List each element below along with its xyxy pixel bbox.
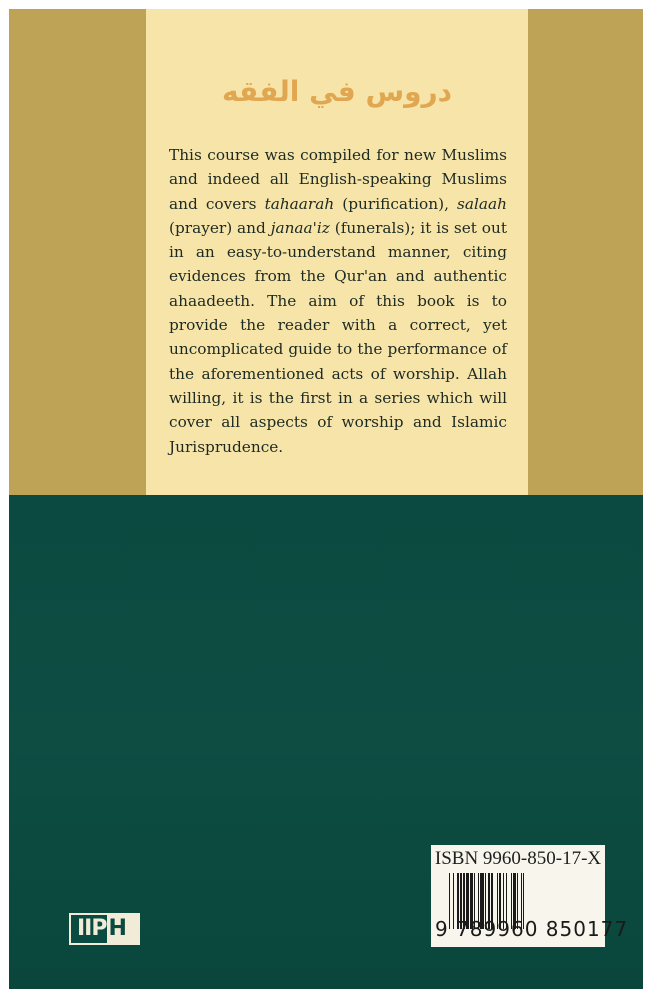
blurb-line: uncomplicated guide to the performance o… <box>169 337 507 361</box>
isbn-barcode: ISBN 9960-850-17-X 9 789960 850177 <box>431 845 605 947</box>
isbn-label: ISBN 9960-850-17-X <box>431 848 605 870</box>
blurb-line: ahaadeeth. The aim of this book is to <box>169 289 507 313</box>
blurb-line: This course was compiled for new Muslims <box>169 143 507 167</box>
blurb-line: Jurisprudence. <box>169 435 507 459</box>
blurb-line: willing, it is the first in a series whi… <box>169 386 507 410</box>
logo-left: IIP <box>71 915 107 943</box>
blurb-line: cover all aspects of worship and Islamic <box>169 410 507 434</box>
blurb-line: evidences from the Qur'an and authentic <box>169 264 507 288</box>
arabic-title: دروس في الفقه <box>146 75 528 108</box>
blurb-line: the aforementioned acts of worship. Alla… <box>169 362 507 386</box>
blurb-line: and covers tahaarah (purification), sala… <box>169 192 507 216</box>
blurb-line: in an easy-to-understand manner, citing <box>169 240 507 264</box>
blurb-line: (prayer) and janaa'iz (funerals); it is … <box>169 216 507 240</box>
gold-band: دروس في الفقه This course was compiled f… <box>9 9 643 495</box>
iiph-publisher-logo: IIP H <box>69 913 140 945</box>
barcode-digits: 9 789960 850177 <box>435 917 628 941</box>
blurb-line: provide the reader with a correct, yet <box>169 313 507 337</box>
blurb-text: This course was compiled for new Muslims… <box>169 143 507 459</box>
blurb-line: and indeed all English-speaking Muslims <box>169 167 507 191</box>
blurb-panel: دروس في الفقه This course was compiled f… <box>146 9 528 495</box>
logo-right: H <box>107 915 139 943</box>
book-back-cover: دروس في الفقه This course was compiled f… <box>9 9 643 989</box>
